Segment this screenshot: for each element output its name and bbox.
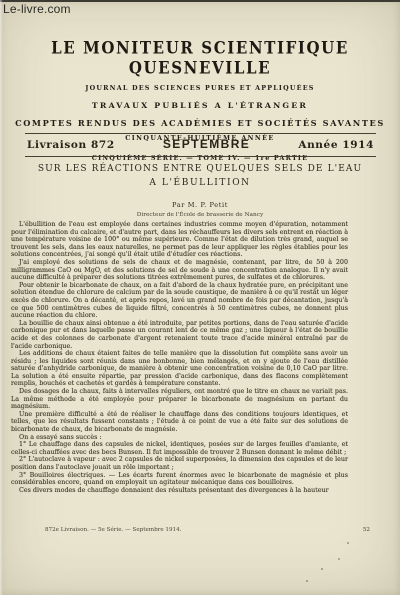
journal-travaux-line: TRAVAUX PUBLIÉS A L'ÉTRANGER — [0, 101, 400, 110]
article-paragraph: 3° Bouilloires électriques. — Les écarts… — [11, 472, 348, 487]
scanned-journal-page: Le-livre.com LE MONITEUR SCIENTIFIQUE QU… — [0, 0, 400, 595]
issue-year: Année 1914 — [298, 139, 374, 151]
issue-livraison: Livraison 872 — [27, 139, 115, 151]
article-title-line1: SUR LES RÉACTIONS ENTRE QUELQUES SELS DE… — [0, 164, 400, 174]
article-paragraph: Des dosages de la chaux, faits à interva… — [11, 388, 348, 411]
divider-top — [25, 133, 376, 134]
issue-bar: Livraison 872 SEPTEMBRE Année 1914 — [27, 137, 374, 151]
article-paragraph: 2° L'autoclave à vapeur : avec 2 capsule… — [11, 456, 348, 471]
paper-speck — [338, 558, 340, 560]
article-title-line2: A L'ÉBULLITION — [0, 178, 400, 188]
article-paragraph: L'ébullition de l'eau est employée dans … — [11, 221, 348, 259]
page-footer: 872e Livraison. — 5e Série. — Septembre … — [45, 527, 370, 533]
article-paragraph: Ces divers modes de chauffage donnaient … — [11, 487, 348, 495]
watermark-le-livre: Le-livre.com — [3, 2, 71, 16]
article-paragraph: Pour obtenir le bicarbonate de chaux, on… — [11, 282, 348, 320]
article-paragraph: J'ai employé des solutions de sels de ch… — [11, 259, 348, 282]
article-paragraph: La bouillie de chaux ainsi obtenue a été… — [11, 320, 348, 350]
journal-title: LE MONITEUR SCIENTIFIQUE QUESNEVILLE — [0, 38, 400, 78]
journal-comptes-line: COMPTES RENDUS DES ACADÉMIES ET SOCIÉTÉS… — [0, 118, 400, 128]
article-paragraph: 1° Le chauffage dans des capsules de nic… — [11, 441, 348, 456]
paper-speck — [321, 568, 323, 570]
article-paragraph: Les additions de chaux étaient faites de… — [11, 350, 348, 388]
article-body: L'ébullition de l'eau est employée dans … — [11, 221, 348, 494]
issue-month: SEPTEMBRE — [163, 137, 250, 151]
divider-bottom — [25, 156, 376, 157]
article-paragraph: Une première difficulté a été de réalise… — [11, 411, 348, 434]
paper-speck — [306, 580, 308, 582]
article-byline: Par M. P. Petit — [0, 201, 400, 209]
footer-imprint: 872e Livraison. — 5e Série. — Septembre … — [45, 527, 181, 533]
article-byline-role: Directeur de l'École de brasserie de Nan… — [0, 212, 400, 218]
article-header: SUR LES RÉACTIONS ENTRE QUELQUES SELS DE… — [0, 164, 400, 218]
journal-subtitle: JOURNAL DES SCIENCES PURES ET APPLIQUÉES — [0, 84, 400, 92]
paper-speck — [347, 542, 349, 544]
footer-page-number: 52 — [363, 527, 370, 533]
